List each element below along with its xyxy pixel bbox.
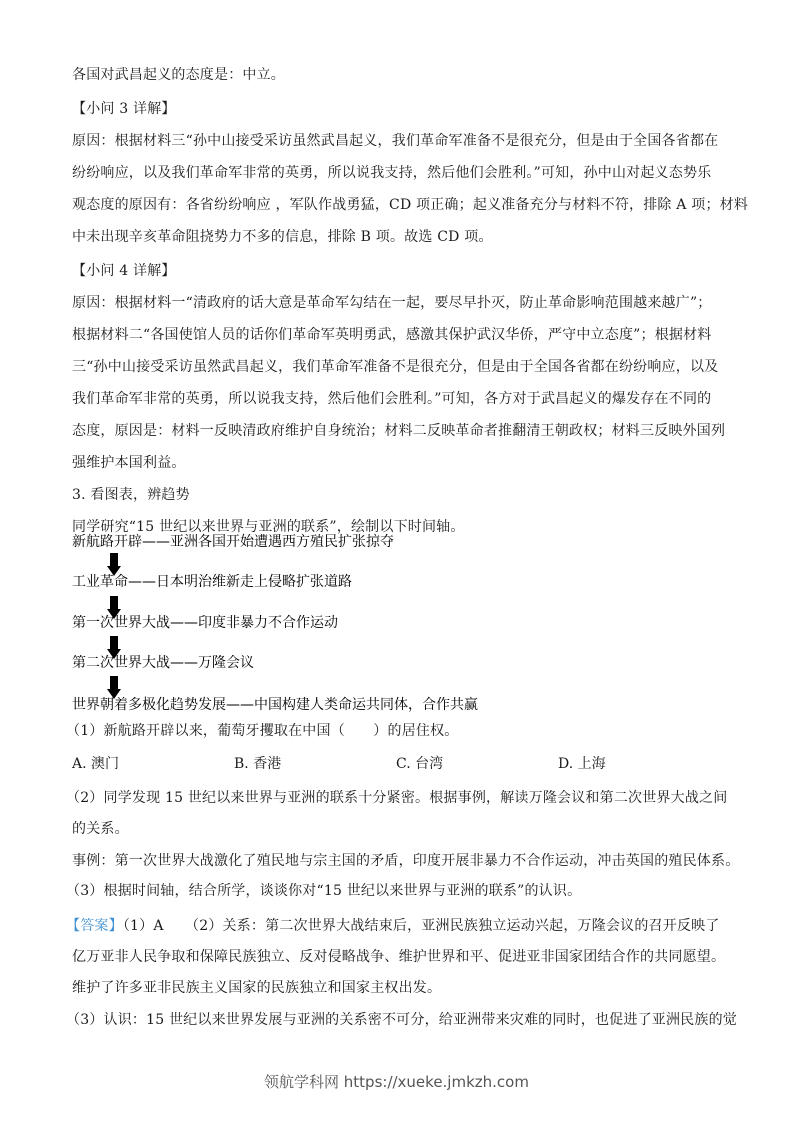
timeline-item: 第二次世界大战——万隆会议 xyxy=(72,654,254,672)
answer-label: 【答案】 xyxy=(66,918,123,934)
example-text: 事例：第一次世界大战激化了殖民地与宗主国的矛盾，印度开展非暴力不合作运动，冲击英… xyxy=(72,852,732,870)
paragraph-line: 态度，原因是：材料一反映清政府维护自身统治；材料二反映革命者推翻清王朝政权；材料… xyxy=(72,422,732,440)
question-title: 3. 看图表，辨趋势 xyxy=(72,486,732,504)
sub4-heading: 【小问 4 详解】 xyxy=(72,262,732,280)
paragraph-line: 强维护本国利益。 xyxy=(72,454,732,472)
paragraph-line: 根据材料二“各国使馆人员的话你们革命军英明勇武，感激其保护武汉华侨，严守中立态度… xyxy=(72,326,732,344)
paragraph-line: 原因：根据材料三“孙中山接受采访虽然武昌起义，我们革命军准备不是很充分，但是由于… xyxy=(72,132,732,150)
document-page: 各国对武昌起义的态度是：中立。 【小问 3 详解】 原因：根据材料三“孙中山接受… xyxy=(0,0,793,1122)
sub3-heading: 【小问 3 详解】 xyxy=(72,100,732,118)
answer-line: 亿万亚非人民争取和保障民族独立、反对侵略战争、维护世界和平、促进亚非国家团结合作… xyxy=(72,948,732,966)
timeline-item: 世界朝着多极化趋势发展——中国构建人类命运共同体，合作共赢 xyxy=(72,696,478,714)
sub-question-3: （3）根据时间轴，结合所学，谈谈你对“15 世纪以来世界与亚洲的联系”的认识。 xyxy=(66,882,726,900)
answer-line: 【答案】（1）A （2）关系：第二次世界大战结束后，亚洲民族独立运动兴起，万隆会… xyxy=(66,917,726,935)
timeline-item: 第一次世界大战——印度非暴力不合作运动 xyxy=(72,614,338,632)
paragraph-line: 三“孙中山接受采访虽然武昌起义，我们革命军准备不是很充分，但是由于全国各省都在纷… xyxy=(72,358,732,376)
answer-text: （1）A （2）关系：第二次世界大战结束后，亚洲民族独立运动兴起，万隆会议的召开… xyxy=(123,918,720,934)
timeline-item: 工业革命——日本明治维新走上侵略扩张道路 xyxy=(72,573,352,591)
option-b: B. 香港 xyxy=(234,755,281,773)
sub-question-2: （2）同学发现 15 世纪以来世界与亚洲的联系十分紧密。根据事例，解读万隆会议和… xyxy=(66,789,726,807)
paragraph-line: 原因：根据材料一“清政府的话大意是革命军勾结在一起，要尽早扑灭，防止革命影响范围… xyxy=(72,294,732,312)
paragraph-line: 我们革命军非常的英勇，所以说我支持，然后他们会胜利。”可知，各方对于武昌起义的爆… xyxy=(72,390,732,408)
footer-watermark: 领航学科网 https://xueke.jmkzh.com xyxy=(0,1071,793,1092)
timeline-item: 新航路开辟——亚洲各国开始遭遇西方殖民扩张掠夺 xyxy=(72,533,394,551)
paragraph-line: 中未出现辛亥革命阻挠势力不多的信息，排除 B 项。故选 CD 项。 xyxy=(72,228,732,246)
sub-question-1: （1）新航路开辟以来，葡萄牙攫取在中国（ ）的居住权。 xyxy=(66,722,726,740)
paragraph-line: 各国对武昌起义的态度是：中立。 xyxy=(72,66,732,84)
paragraph-line: 纷纷响应，以及我们革命军非常的英勇，所以说我支持，然后他们会胜利。”可知，孙中山… xyxy=(72,164,732,182)
option-c: C. 台湾 xyxy=(396,755,443,773)
answer-line: （3）认识：15 世纪以来世界发展与亚洲的关系密不可分，给亚洲带来灾难的同时，也… xyxy=(66,1011,726,1029)
paragraph-line: 观态度的原因有：各省纷纷响应 ，军队作战勇猛，CD 项正确；起义准备充分与材料不… xyxy=(72,196,732,214)
option-d: D. 上海 xyxy=(558,755,606,773)
answer-line: 维护了许多亚非民族主义国家的民族独立和国家主权出发。 xyxy=(72,979,732,997)
sub-question-2-cont: 的关系。 xyxy=(72,820,732,838)
option-a: A. 澳门 xyxy=(72,755,119,773)
